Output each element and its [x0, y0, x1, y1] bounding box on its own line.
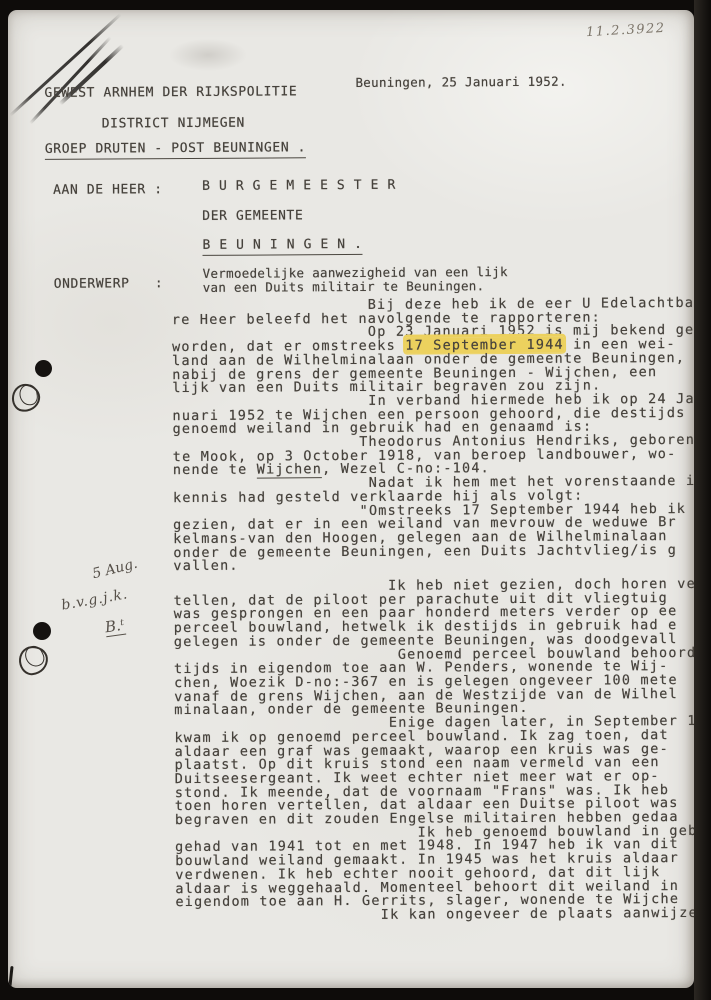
- subject-label: ONDERWERP :: [54, 276, 164, 292]
- date-line: Beuningen, 25 Januari 1952.: [355, 74, 566, 90]
- body-line: onder de gemeente Beuningen, een Duits J…: [173, 543, 694, 560]
- addressee-line1: B U R G E M E E S T E R: [202, 178, 396, 194]
- subject-line2: van een Duits militair te Beuningen.: [203, 278, 485, 295]
- org-name-line1: GEWEST ARNHEM DER RIJKSPOLITIE: [44, 84, 297, 101]
- typewritten-content: Beuningen, 25 Januari 1952. GEWEST ARNHE…: [8, 10, 694, 988]
- org-name-line2: DISTRICT NIJMEGEN: [102, 116, 245, 132]
- scan-edge-shadow: [694, 0, 711, 1000]
- org-name-line3: GROEP DRUTEN - POST BEUNINGEN .: [45, 140, 306, 159]
- body-line: Ik kan ongeveer de plaats aanwijzen: [176, 907, 694, 924]
- addressee-line2: DER GEMEENTE: [202, 208, 303, 224]
- body-lines: Bij deze heb ik de eer U Edelachtba-re H…: [172, 297, 694, 924]
- addressee-label: AAN DE HEER :: [53, 182, 163, 198]
- paper-sheet: 11.2.3922 5 Aug. b.v.g.j.k. B.ᵗ Beuninge…: [8, 10, 694, 988]
- addressee-line3: B E U N I N G E N .: [202, 237, 362, 255]
- scanned-document: 11.2.3922 5 Aug. b.v.g.j.k. B.ᵗ Beuninge…: [0, 0, 711, 1000]
